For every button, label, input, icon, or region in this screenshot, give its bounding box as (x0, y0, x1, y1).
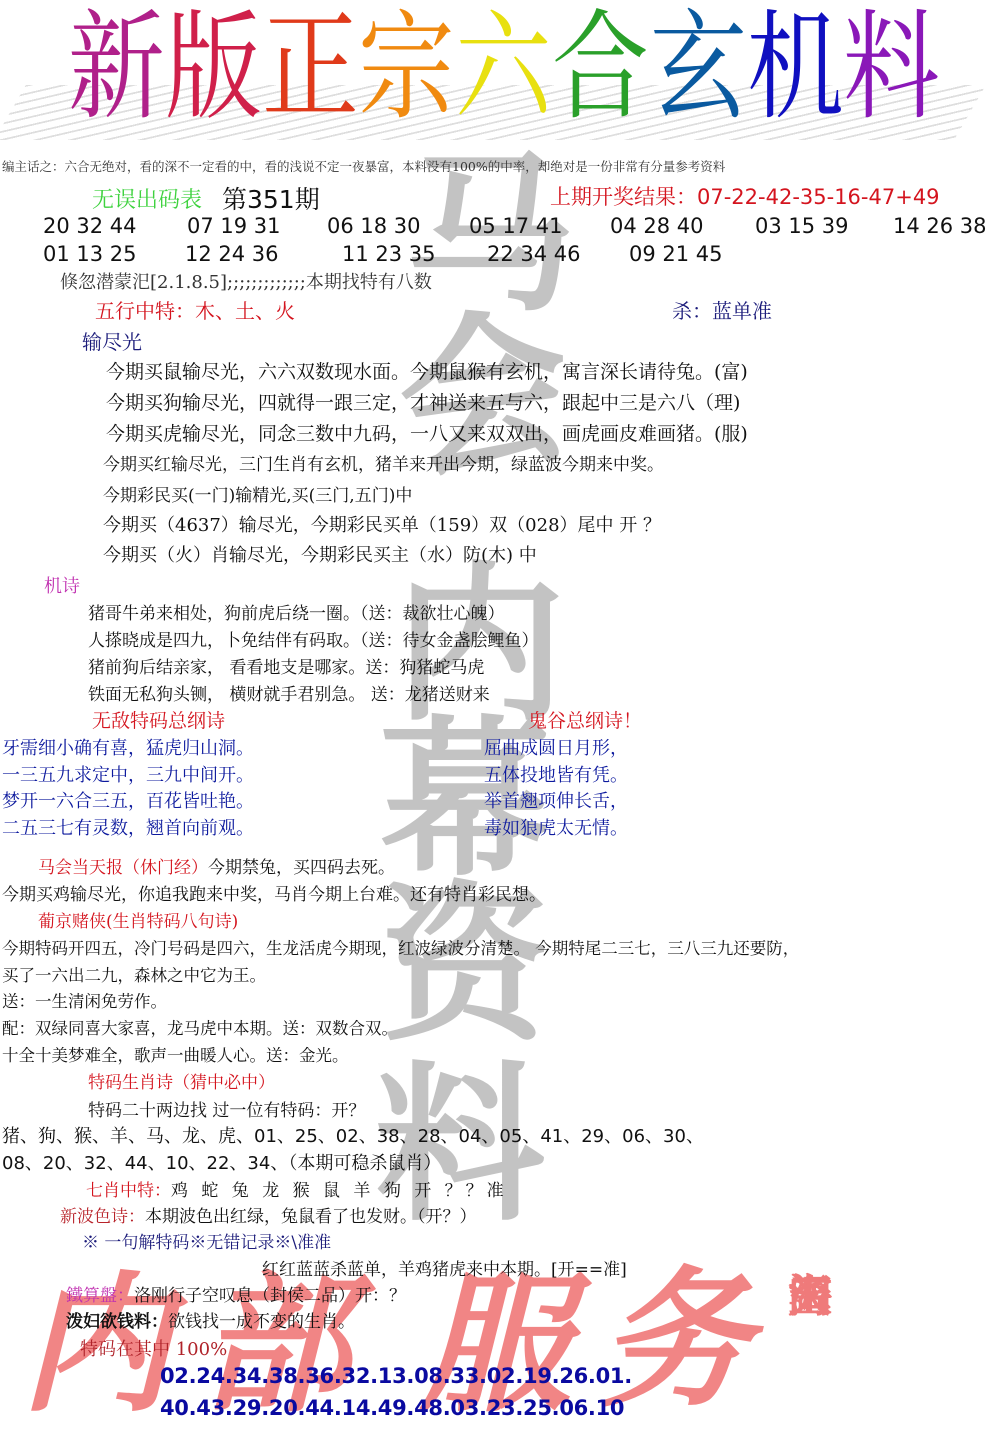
red-stamp-char: 务 (600, 1265, 750, 1415)
number-group: 11 23 35 (342, 242, 436, 266)
title-char: 六 (455, 2, 552, 132)
iron-calc-label: 鐵算盤： (66, 1286, 134, 1306)
macau-heading: 葡京赌侠(生肖特码八句诗) (38, 907, 238, 932)
number-group: 12 24 36 (185, 242, 279, 266)
machine-poem-line: 铁面无私狗头铡， 横财就手君别急。 送：龙猪送财来 (88, 680, 490, 705)
number-group: 07 19 31 (187, 214, 281, 238)
title-char: 料 (843, 2, 940, 132)
zodiac-poem-heading: 特码生肖诗（猜中必中） (88, 1068, 275, 1093)
wave-poem-text: 本期波色出红绿，兔鼠看了也发财。（开？） (145, 1207, 477, 1227)
number-group: 14 26 38 (893, 214, 987, 238)
poem-line: 毒如狼虎太无情。 (484, 816, 628, 843)
red-stamp-char: 空 (785, 1270, 835, 1324)
title-char: 版 (165, 2, 262, 132)
machine-poem-line: 猪哥牛弟来相处，狗前虎后绕一圈。（送：裁欲壮心魄） (88, 599, 505, 624)
shrew-text: 欲钱找一成不变的生肖。 (168, 1312, 355, 1332)
invincible-poem-heading: 无敌特码总纲诗 (92, 706, 225, 733)
macau-line: 送：一生清闲免劳作。 (2, 988, 167, 1012)
shrew-label: 泼妇欲钱料： (66, 1312, 168, 1332)
poem-line: 一三五九求定中，三九中间开。 (2, 763, 254, 790)
seven-zodiac: 七肖中特：鸡 蛇 兔 龙 猴 鼠 羊 狗 开 ？？准 (86, 1176, 508, 1201)
number-group: 09 21 45 (629, 242, 723, 266)
title-char: 机 (747, 2, 844, 132)
poem-line: 举首翘项伸长舌， (484, 789, 628, 816)
zodiac-poem-line: 猪、狗、猴、羊、马、龙、虎、01、25、02、38、28、04、05、41、29… (2, 1122, 704, 1148)
one-line-heading: ※ 一句解特码※无错记录※\准准 (82, 1228, 331, 1253)
last-result-label: 上期开奖结果： (550, 185, 697, 209)
lose-all-line: 今期彩民买(一门)输精光,买(三门,五门)中 (103, 481, 412, 506)
machine-poem-heading: 机诗 (44, 572, 80, 598)
number-group: 20 32 44 (43, 214, 137, 238)
iron-calc-text: 洛刚行子空叹息（封侯二品）开：？ (134, 1286, 406, 1306)
lose-all-line: 今期买（火）肖输尽光，今期彩民买主（水）防(木) 中 (103, 541, 537, 567)
editor-note: 编主话之：六合无绝对，看的深不一定看的中，看的浅说不定一夜暴富，本料没有100%… (2, 157, 725, 175)
horse-report: 马会当天报（休门经）今期禁兔，买四码去死。 (38, 853, 395, 878)
macau-line: 配：双绿同喜大家喜，龙马虎中本期。送：双数合双。 (2, 1015, 398, 1039)
macau-line: 十全十美梦难全，歌声一曲暖人心。送：金光。 (2, 1042, 349, 1066)
final-numbers-line: 40.43.29.20.44.14.49.48.03.23.25.06.10 (160, 1396, 624, 1420)
machine-poem-line: 猪前狗后结亲家， 看看地支是哪家。送：狗猪蛇马虎 (88, 653, 484, 678)
title-banner: 新版正宗六合玄机料 (0, 0, 987, 145)
kill-label: 杀：蓝单准 (672, 295, 772, 324)
poem-line: 牙需细小确有喜，猛虎归山洞。 (2, 736, 254, 763)
number-table-row-2: 01 13 25 12 24 36 11 23 35 22 34 46 09 2… (0, 242, 987, 268)
seven-zodiac-text: 鸡 蛇 兔 龙 猴 鼠 羊 狗 开 ？？准 (171, 1181, 508, 1201)
lose-all-line: 今期买鼠输尽光，六六双数现水面。今期鼠猴有玄机，寓言深长请待兔。(富) (106, 357, 748, 384)
title-char: 宗 (358, 2, 455, 132)
zodiac-poem-line: 08、20、32、44、10、22、34、（本期可稳杀鼠肖） (2, 1149, 441, 1175)
lose-all-line: 今期买狗输尽光，四就得一跟三定，才神送来五与六，跟起中三是六八（理) (106, 388, 740, 415)
number-group: 01 13 25 (43, 242, 137, 266)
title-char: 玄 (650, 2, 747, 132)
invincible-poem-body: 牙需细小确有喜，猛虎归山洞。 一三五九求定中，三九中间开。 梦开一六合三五，百花… (2, 736, 254, 842)
final-numbers-line: 02.24.34.38.36.32.13.08.33.02.19.26.01. (160, 1364, 632, 1388)
title-char: 合 (552, 2, 649, 132)
macau-line: 今期特码开四五，冷门号码是四六，生龙活虎今期现，红波绿波分清楚。 今期特尾二三七… (2, 935, 799, 959)
final-numbers-heading: 特码在其中 100% (80, 1335, 227, 1361)
guigu-poem-heading: 鬼谷总纲诗！ (528, 706, 642, 733)
number-group: 06 18 30 (327, 214, 421, 238)
lose-all-line: 今期买虎输尽光，同念三数中九码，一八又来双双出，画虎画皮难画猪。(服) (106, 419, 748, 446)
last-result-value: 07-22-42-35-16-47+49 (697, 185, 940, 209)
poem-line: 五体投地皆有凭。 (484, 763, 628, 790)
issue-number: 第351期 (222, 180, 320, 216)
machine-poem-line: 人搽晓成是四九，卜免结伴有码取。（送：待女金盏脍鲤鱼） (88, 626, 539, 651)
wave-poem: 新波色诗：本期波色出红绿，兔鼠看了也发财。（开？） (60, 1202, 477, 1227)
poem-line: 二五三七有灵数，翘首向前观。 (2, 816, 254, 843)
macau-line: 买了一六出二九，森林之中它为王。 (2, 962, 266, 986)
lose-all-heading: 输尽光 (82, 326, 142, 355)
iron-calc: 鐵算盤：洛刚行子空叹息（封侯二品）开：？ (66, 1281, 406, 1306)
title-char: 正 (262, 2, 359, 132)
last-result: 上期开奖结果：07-22-42-35-16-47+49 (550, 181, 940, 211)
horse-report-label: 马会当天报（休门经） (38, 858, 208, 878)
title-char: 新 (68, 2, 165, 132)
number-group: 05 17 41 (469, 214, 563, 238)
horse-report-line: 今期买鸡输尽光，你追我跑来中奖，马肖今期上台难。还有特肖彩民想。 (2, 880, 546, 905)
number-group: 03 15 39 (755, 214, 849, 238)
seven-zodiac-label: 七肖中特： (86, 1181, 171, 1201)
zodiac-poem-line: 特码二十两边找 过一位有特码：开？ (88, 1096, 365, 1121)
number-group: 22 34 46 (487, 242, 581, 266)
guigu-poem-body: 屈曲成圆日月形， 五体投地皆有凭。 举首翘项伸长舌， 毒如狼虎太无情。 (484, 736, 628, 842)
wave-poem-label: 新波色诗： (60, 1207, 145, 1227)
hint-line: 倏忽潜蒙汜[2.1.8.5];;;;;;;;;;;;;本期找特有八数 (60, 268, 432, 294)
wuxing-label: 五行中特：木、土、火 (95, 295, 295, 324)
lose-all-line: 今期买（4637）输尽光，今期彩民买单（159）双（028）尾中 开 ？ (103, 511, 661, 537)
shrew: 泼妇欲钱料：欲钱找一成不变的生肖。 (66, 1307, 355, 1332)
number-group: 04 28 40 (610, 214, 704, 238)
watermark-char: 资 (380, 880, 550, 1050)
table-label: 无误出码表 (92, 183, 202, 214)
horse-report-text: 今期禁兔，买四码去死。 (208, 858, 395, 878)
lose-all-line: 今期买红输尽光，三门生肖有玄机，猪羊来开出今期，绿蓝波今期来中奖。 (103, 450, 664, 475)
poem-line: 梦开一六合三五，百花皆吐艳。 (2, 789, 254, 816)
poem-line: 屈曲成圆日月形， (484, 736, 628, 763)
one-line-text: 红红蓝蓝杀蓝单，羊鸡猪虎来中本期。[开==准] (262, 1255, 627, 1280)
number-table-row-1: 20 32 44 07 19 31 06 18 30 05 17 41 04 2… (0, 214, 987, 240)
